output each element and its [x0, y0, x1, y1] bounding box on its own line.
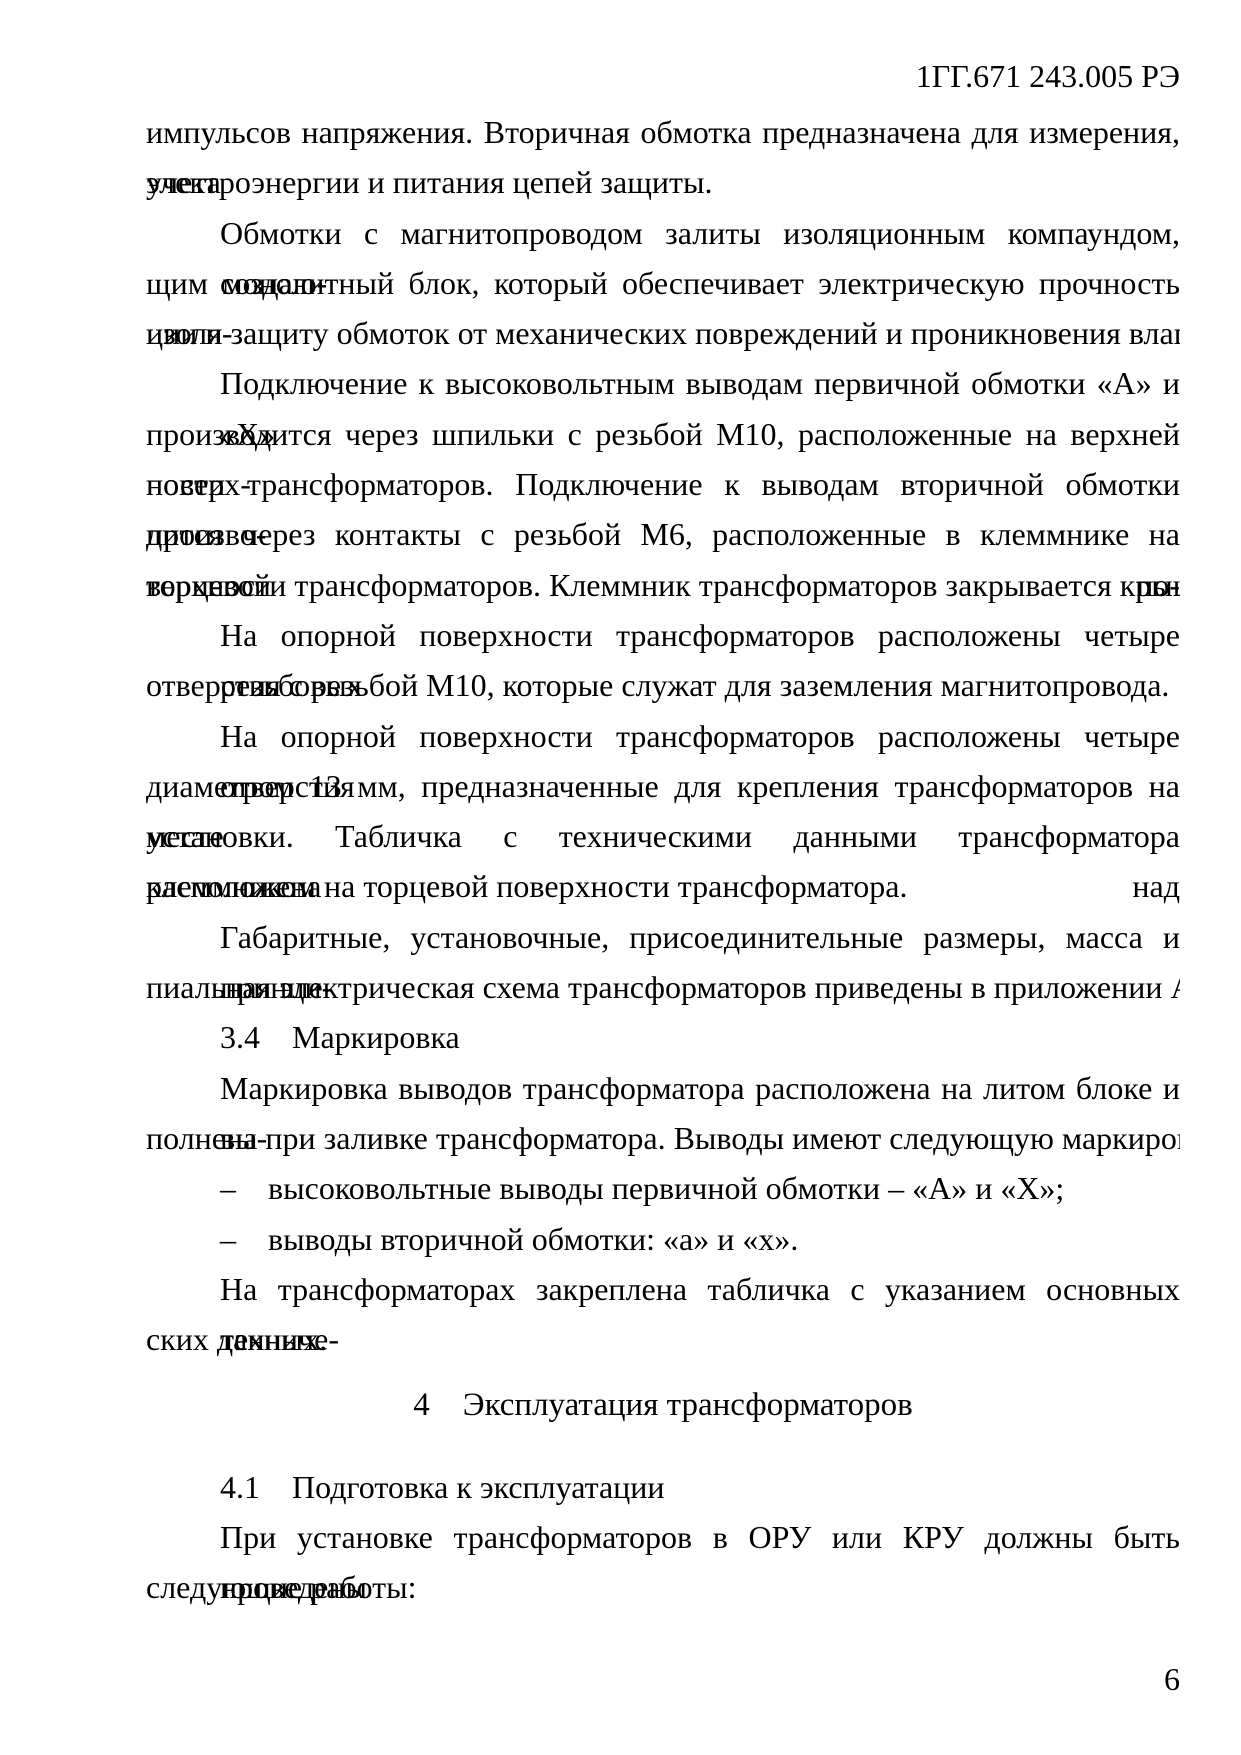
- text-line: следующие работы:: [146, 1562, 1180, 1612]
- text-line: установки. Табличка с техническими данны…: [146, 811, 1180, 861]
- text-line: Маркировка выводов трансформатора распол…: [146, 1063, 1180, 1113]
- text-line: импульсов напряжения. Вторичная обмотка …: [146, 107, 1180, 157]
- text-line: На опорной поверхности трансформаторов р…: [146, 610, 1180, 660]
- section-heading: 4 Эксплуатация трансформаторов: [146, 1380, 1180, 1430]
- text-line: На опорной поверхности трансформаторов р…: [146, 711, 1180, 761]
- text-line: ности трансформаторов. Подключение к выв…: [146, 459, 1180, 509]
- text-line: Обмотки с магнитопроводом залиты изоляци…: [146, 208, 1180, 258]
- text-line: Подключение к высоковольтным выводам пер…: [146, 358, 1180, 408]
- text-line: пиальная электрическая схема трансформат…: [146, 962, 1180, 1012]
- text-line: верхности трансформаторов. Клеммник тран…: [146, 560, 1180, 610]
- text-line: При установке трансформаторов в ОРУ или …: [146, 1512, 1180, 1562]
- text-line: На трансформаторах закреплена табличка с…: [146, 1264, 1180, 1314]
- subsection-heading: 4.1 Подготовка к эксплуатации: [146, 1462, 1180, 1512]
- text-line: Габаритные, установочные, присоединитель…: [146, 912, 1180, 962]
- text-line: отверстия с резьбой М10, которые служат …: [146, 660, 1180, 710]
- text-line: дится через контакты с резьбой М6, распо…: [146, 509, 1180, 559]
- text-line: производится через шпильки с резьбой М10…: [146, 409, 1180, 459]
- text-line: полнена при заливке трансформатора. Выво…: [146, 1113, 1180, 1163]
- text-line: ции и защиту обмоток от механических пов…: [146, 308, 1180, 358]
- text-line: ских данных.: [146, 1314, 1180, 1364]
- text-line: щим монолитный блок, который обеспечивае…: [146, 258, 1180, 308]
- document-page: { "page": { "header_code": "1ГГ.671 243.…: [0, 0, 1241, 1755]
- text-line: диаметром 13 мм, предназначенные для кре…: [146, 761, 1180, 811]
- page-number: 6: [1164, 1654, 1180, 1704]
- subsection-heading: 3.4 Маркировка: [146, 1012, 1180, 1062]
- document-code-header: 1ГГ.671 243.005 РЭ: [916, 51, 1180, 101]
- list-item: – высоковольтные выводы первичной обмотк…: [146, 1163, 1180, 1213]
- text-line: электроэнергии и питания цепей защиты.: [146, 157, 1180, 207]
- document-lines: импульсов напряжения. Вторичная обмотка …: [146, 107, 1180, 1613]
- list-item: – выводы вторичной обмотки: «а» и «х».: [146, 1214, 1180, 1264]
